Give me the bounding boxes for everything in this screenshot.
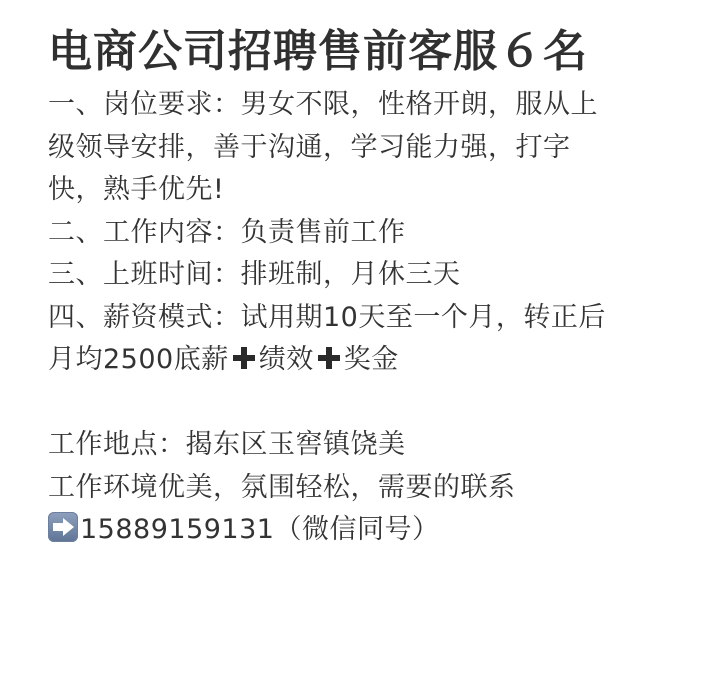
phone-number: 15889159131 xyxy=(80,514,274,545)
wechat-note: （微信同号） xyxy=(274,514,439,545)
bonus-text: 奖金 xyxy=(344,344,399,375)
location-line: 工作地点：揭东区玉窖镇饶美 xyxy=(48,424,688,467)
plus-icon xyxy=(233,347,255,369)
requirement-line-2: 级领导安排，善于沟通，学习能力强，打字 xyxy=(48,127,688,170)
right-arrow-icon xyxy=(48,512,78,542)
page-title: 电商公司招聘售前客服６名 xyxy=(48,24,588,80)
requirement-line-1: 一、岗位要求：男女不限，性格开朗，服从上 xyxy=(48,84,688,127)
base-salary-text: 月均2500底薪 xyxy=(48,344,229,375)
requirement-line-3: 快，熟手优先! xyxy=(48,169,688,212)
environment-line: 工作环境优美，氛围轻松，需要的联系 xyxy=(48,467,688,510)
job-content-line: 二、工作内容：负责售前工作 xyxy=(48,212,688,255)
recruitment-post: 电商公司招聘售前客服６名 一、岗位要求：男女不限，性格开朗，服从上 级领导安排，… xyxy=(0,0,720,699)
performance-text: 绩效 xyxy=(259,344,314,375)
blank-line xyxy=(48,382,688,425)
salary-detail-line: 月均2500底薪绩效奖金 xyxy=(48,339,688,382)
post-body: 一、岗位要求：男女不限，性格开朗，服从上 级领导安排，善于沟通，学习能力强，打字… xyxy=(48,84,688,552)
plus-icon xyxy=(318,347,340,369)
salary-mode-line: 四、薪资模式：试用期10天至一个月，转正后 xyxy=(48,297,688,340)
contact-line: 15889159131（微信同号） xyxy=(48,509,688,552)
work-hours-line: 三、上班时间：排班制，月休三天 xyxy=(48,254,688,297)
